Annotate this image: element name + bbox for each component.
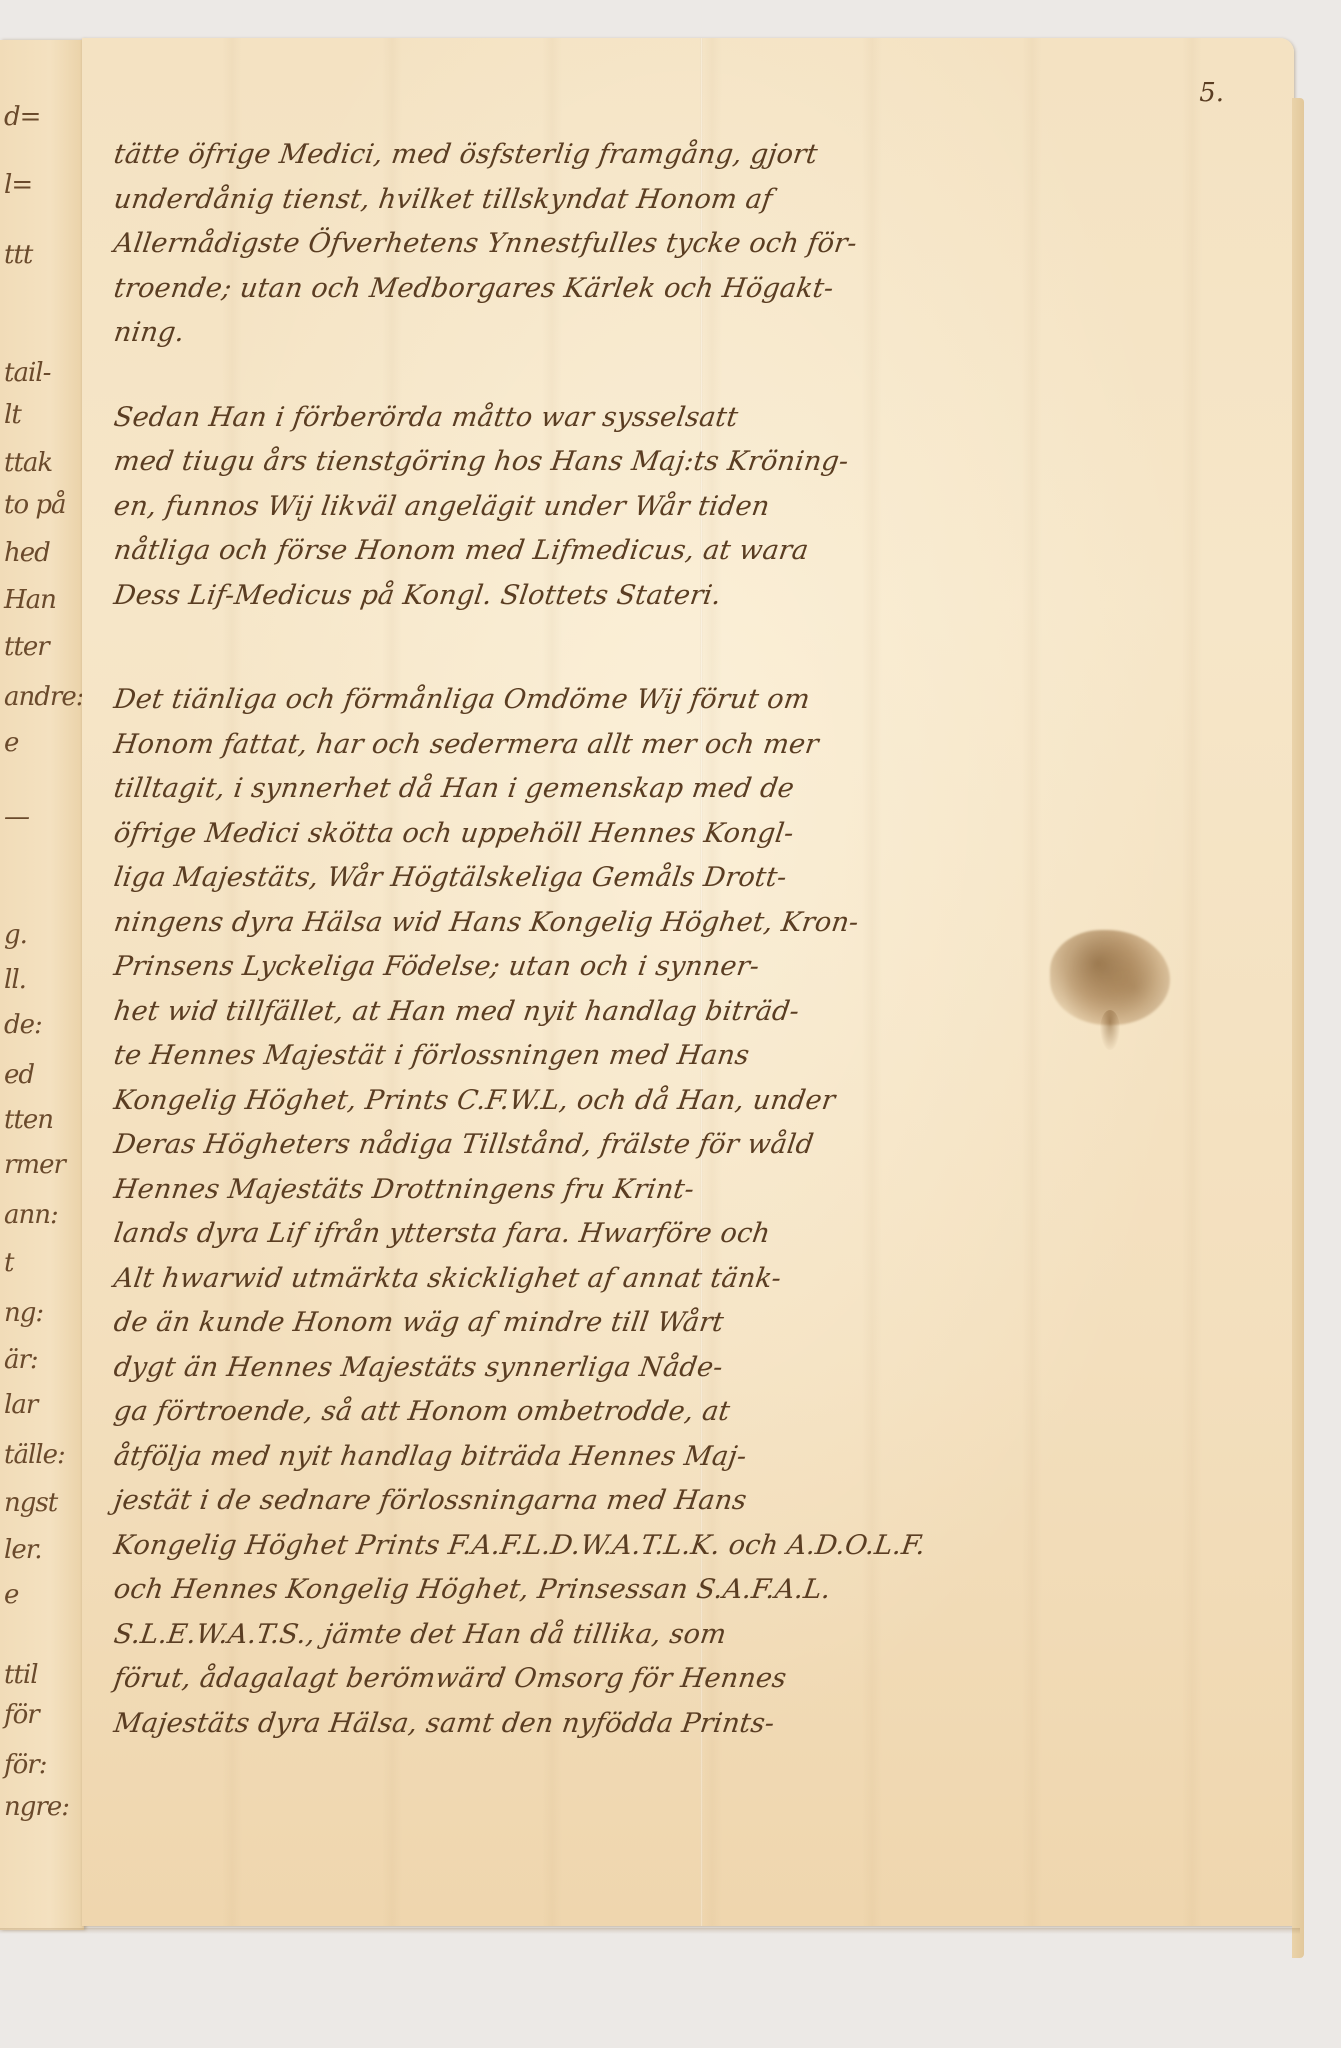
facing-page-fragment: andre:	[4, 682, 83, 712]
text-line: och Hennes Kongelig Höghet, Prinsessan S…	[111, 1568, 1267, 1613]
text-line: underdånig tienst, hvilket tillskyndat H…	[111, 178, 1267, 223]
facing-page-fragment: för	[4, 1700, 39, 1730]
facing-page-fragment: hed	[4, 538, 50, 568]
text-line: liga Majestäts, Wår Högtälskeliga Gemåls…	[111, 856, 1267, 901]
facing-page-fragment: ler.	[4, 1535, 42, 1565]
text-line: en, funnos Wij likväl angelägit under Wå…	[111, 485, 1267, 530]
facing-page-fragment: e	[4, 728, 18, 758]
facing-page-fragment: Han	[4, 585, 56, 615]
text-line: Allernådigste Öfverhetens Ynnestfulles t…	[111, 222, 1267, 267]
facing-page-fragment: lt	[4, 400, 21, 430]
text-line: Honom fattat, har och sedermera allt mer…	[111, 723, 1267, 768]
facing-page-fragment: ttak	[4, 448, 52, 478]
facing-page-fragment: to på	[4, 490, 66, 520]
facing-page-fragment: de:	[4, 1010, 42, 1040]
text-line: Det tiänliga och förmånliga Omdöme Wij f…	[111, 678, 1267, 723]
text-line: Deras Högheters nådiga Tillstånd, frälst…	[111, 1123, 1267, 1168]
text-line: Kongelig Höghet, Prints C.F.W.L, och då …	[111, 1079, 1267, 1124]
text-line: åtfölja med nyit handlag biträda Hennes …	[111, 1435, 1267, 1480]
page-edge	[1292, 98, 1304, 1958]
page-number: 5.	[1199, 78, 1224, 108]
text-line: Dess Lif-Medicus på Kongl. Slottets Stat…	[111, 574, 1267, 619]
text-line: Kongelig Höghet Prints F.A.F.L.D.W.A.T.L…	[111, 1524, 1267, 1569]
text-line: de än kunde Honom wäg af mindre till Wår…	[111, 1301, 1267, 1346]
facing-page-fragment: ttt	[4, 240, 32, 270]
facing-page-fragment: lar	[4, 1390, 37, 1420]
facing-page-fragment: l=	[4, 170, 32, 200]
text-line: Hennes Majestäts Drottningens fru Krint-	[111, 1168, 1267, 1213]
text-line: te Hennes Majestät i förlossningen med H…	[111, 1034, 1267, 1079]
facing-page-strip: d=l=ttttail-ltttakto påhedHantterandre:e…	[0, 40, 84, 1930]
page-shadow	[0, 1928, 1300, 1934]
text-line: troende; utan och Medborgares Kärlek och…	[111, 267, 1267, 312]
ink-stain-drip	[1100, 1010, 1120, 1050]
text-line: med tiugu års tienstgöring hos Hans Maj:…	[111, 440, 1267, 485]
text-line: tätte öfrige Medici, med ösfsterlig fram…	[111, 133, 1267, 178]
facing-page-fragment: för:	[4, 1750, 46, 1780]
facing-page-fragment: tälle:	[4, 1440, 65, 1470]
text-line: förut, ådagalagt berömwärd Omsorg för He…	[111, 1657, 1267, 1702]
text-line: ning.	[111, 311, 1267, 356]
facing-page-fragment: ngre:	[4, 1792, 69, 1822]
text-line: Sedan Han i förberörda måtto war syssels…	[111, 396, 1267, 441]
facing-page-fragment: —	[4, 802, 29, 832]
facing-page-fragment: ll.	[4, 965, 26, 995]
facing-page-fragment: d=	[4, 102, 40, 132]
facing-page-fragment: rmer	[4, 1150, 65, 1180]
text-line: ga förtroende, så att Honom ombetrodde, …	[111, 1390, 1267, 1435]
text-line: Majestäts dyra Hälsa, samt den nyfödda P…	[111, 1702, 1267, 1747]
facing-page-fragment: är:	[4, 1345, 38, 1375]
facing-page-fragment: t	[4, 1248, 13, 1278]
text-line: Alt hwarwid utmärkta skicklighet af anna…	[111, 1257, 1267, 1302]
facing-page-fragment: g.	[4, 920, 27, 950]
facing-page-fragment: e	[4, 1580, 18, 1610]
facing-page-fragment: ttil	[4, 1660, 38, 1690]
facing-page-fragment: tten	[4, 1105, 53, 1135]
text-line: öfrige Medici skötta och uppehöll Hennes…	[111, 812, 1267, 857]
scanned-manuscript: d=l=ttttail-ltttakto påhedHantterandre:e…	[0, 0, 1341, 2048]
text-line: tilltagit, i synnerhet då Han i gemenska…	[111, 767, 1267, 812]
facing-page-fragment: ng:	[4, 1298, 43, 1328]
text-line: lands dyra Lif ifrån yttersta fara. Hwar…	[111, 1212, 1267, 1257]
text-line: nåtliga och förse Honom med Lifmedicus, …	[111, 529, 1267, 574]
facing-page-fragment: ed	[4, 1060, 34, 1090]
text-line: jestät i de sednare förlossningarna med …	[111, 1479, 1267, 1524]
paragraph-3: Det tiänliga och förmånliga Omdöme Wij f…	[114, 678, 1264, 1746]
text-line: dygt än Hennes Majestäts synnerliga Nåde…	[111, 1346, 1267, 1391]
facing-page-fragment: tail-	[4, 358, 50, 388]
facing-page-fragment: ann:	[4, 1200, 58, 1230]
paragraph-2: Sedan Han i förberörda måtto war syssels…	[114, 396, 1264, 619]
facing-page-fragment: ngst	[4, 1488, 57, 1518]
paragraph-1: tätte öfrige Medici, med ösfsterlig fram…	[114, 133, 1264, 356]
text-line: S.L.E.W.A.T.S., jämte det Han då tillika…	[111, 1613, 1267, 1658]
facing-page-fragment: tter	[4, 632, 49, 662]
